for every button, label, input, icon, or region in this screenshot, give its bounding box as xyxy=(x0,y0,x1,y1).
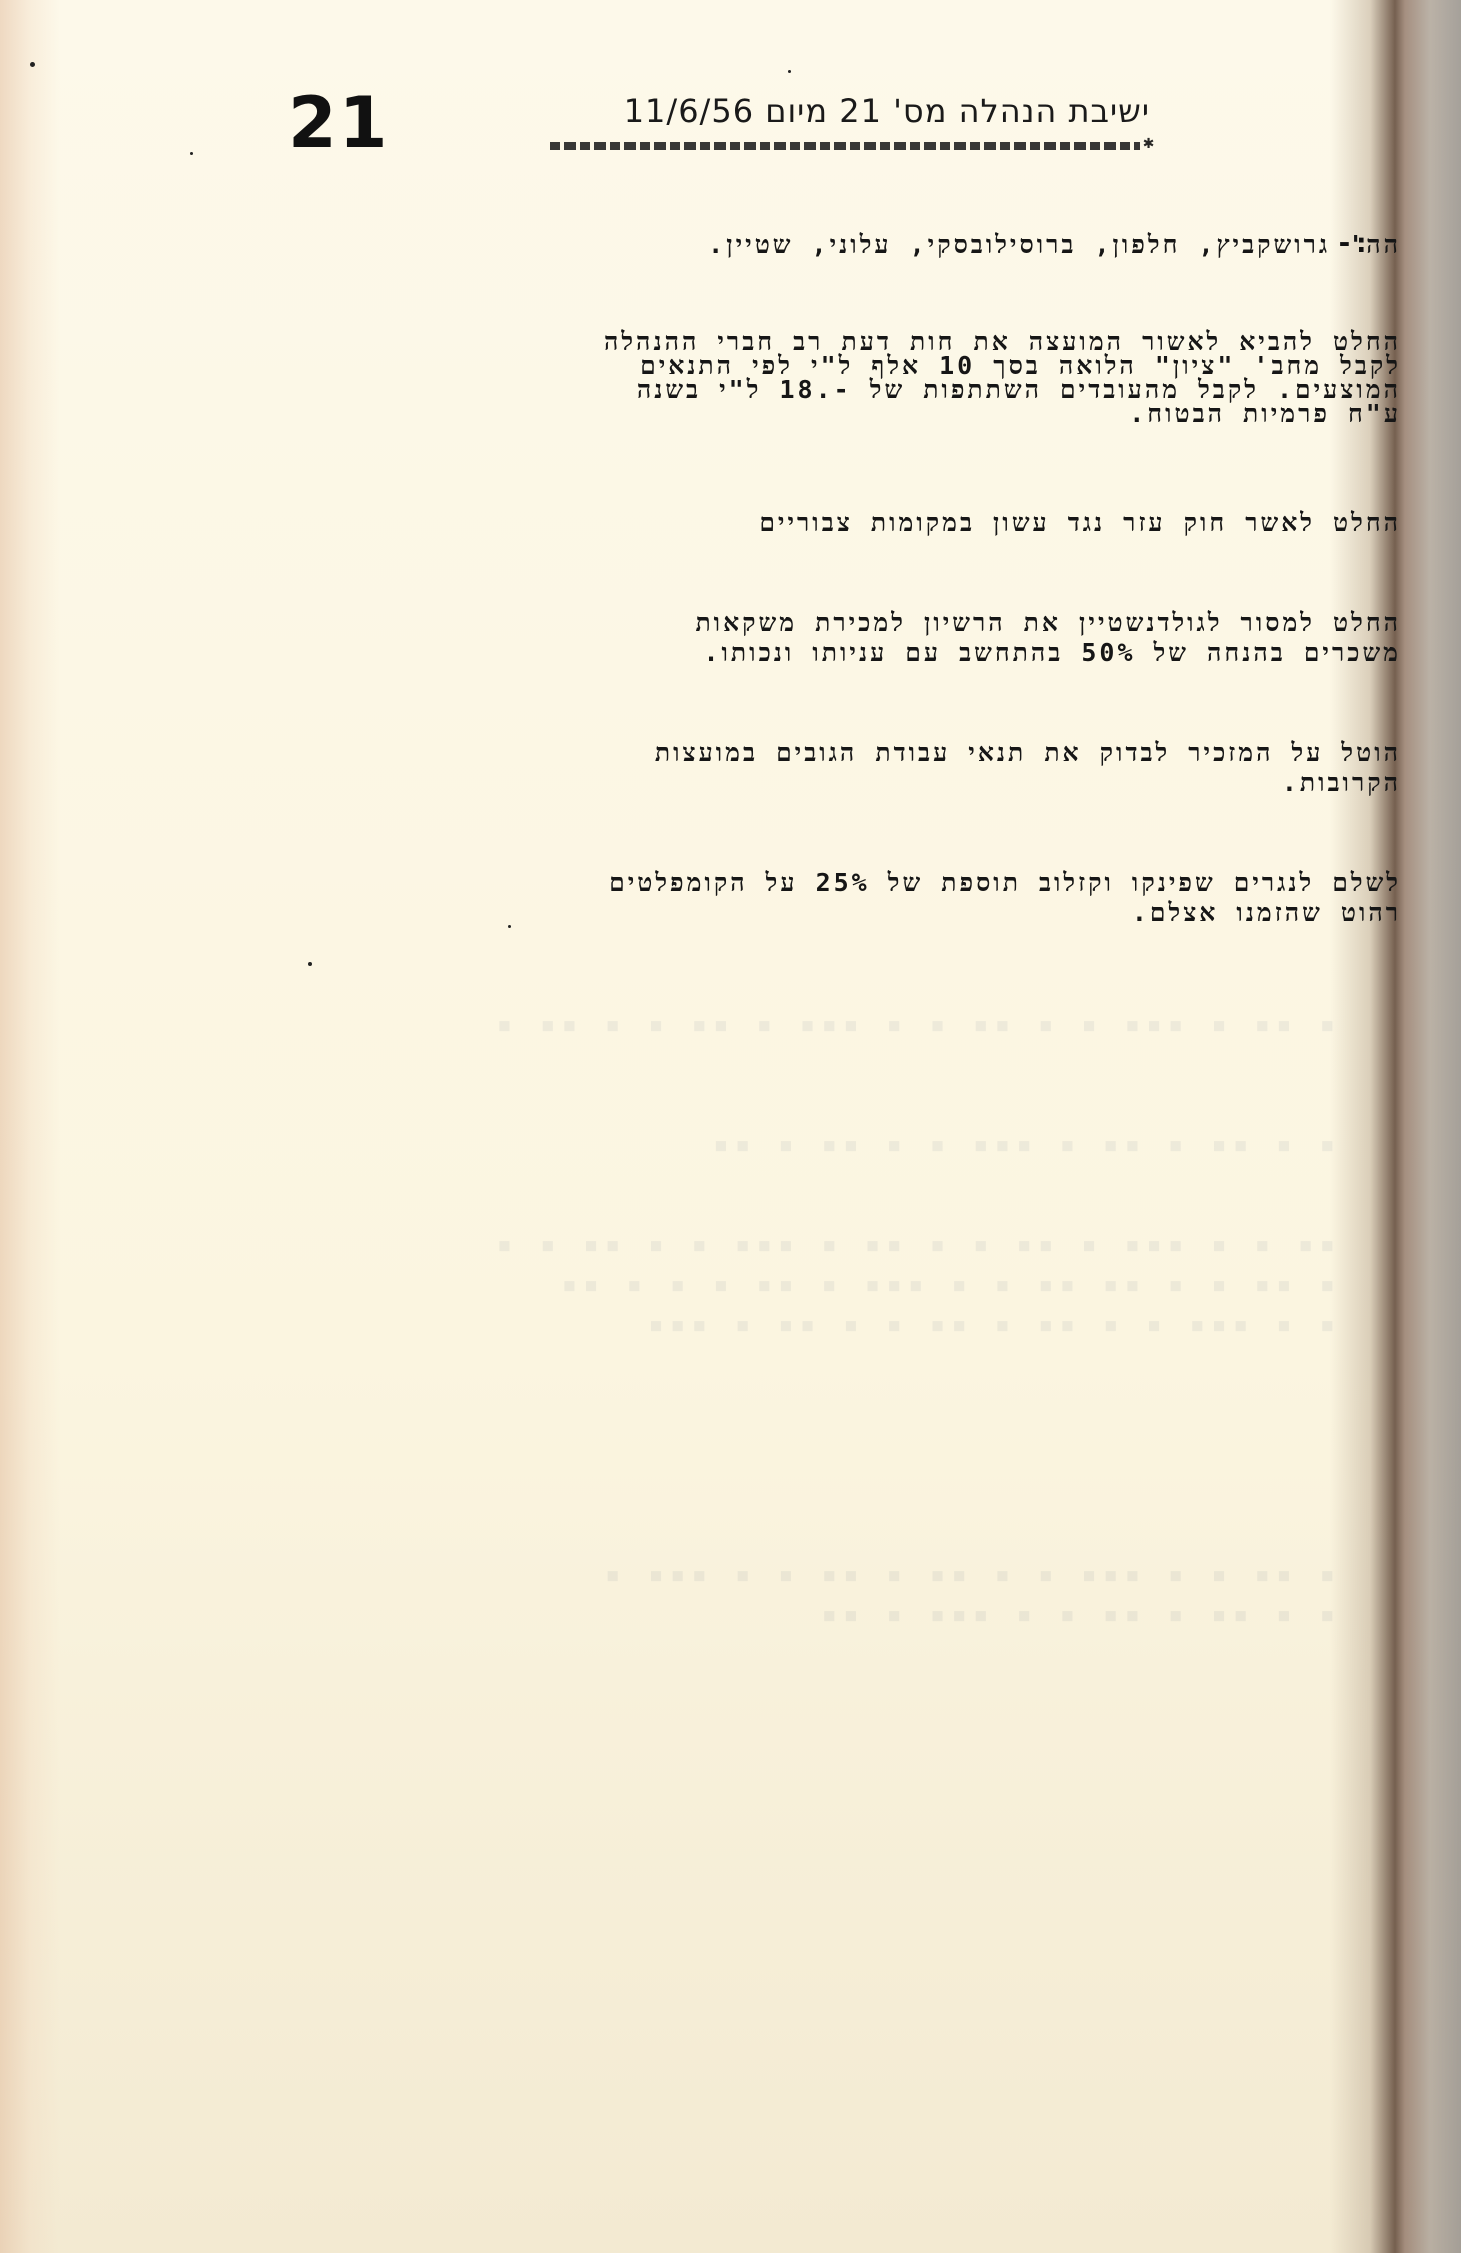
title-underline xyxy=(550,142,1140,150)
decision-item: החלט למסור לגולדנשטיין את הרשיון למכירת … xyxy=(695,608,1401,668)
decision-line: משכרים בהנחה של 50% בהתחשב עם עניותו ונכ… xyxy=(695,638,1401,668)
bleed-through-text: ▪ ▪▪ ▪ ▪ ▪▪ ▪▪ ▪ ▪ ▪▪▪ ▪ ▪▪ ▪ ▪ ▪ ▪▪ xyxy=(300,1270,1341,1300)
bleed-through-text: ▪ ▪▪ ▪ ▪▪▪ ▪ ▪ ▪▪ ▪ ▪ ▪▪▪ ▪ ▪▪ ▪ ▪ ▪▪ ▪ xyxy=(300,1010,1341,1040)
decision-line: החלט למסור לגולדנשטיין את הרשיון למכירת … xyxy=(695,608,1401,638)
page-number: 21 xyxy=(288,82,389,164)
bleed-through-text: ▪▪ ▪ ▪ ▪▪▪ ▪ ▪▪ ▪ ▪ ▪▪ ▪ ▪▪▪ ▪ ▪ ▪▪ ▪ ▪ xyxy=(300,1230,1341,1260)
paper-speck xyxy=(190,152,193,155)
paper-speck xyxy=(308,962,312,966)
decision-item: החלט לאשר חוק עזר נגד עשון במקומות צבורי… xyxy=(759,508,1401,538)
bleed-through-text: ▪ ▪ ▪▪▪ ▪ ▪ ▪▪ ▪ ▪▪ ▪ ▪ ▪▪ ▪ ▪▪▪ xyxy=(300,1310,1341,1340)
paper-speck xyxy=(30,62,35,67)
decision-item: הוטל על המזכיר לבדוק את תנאי עבודת הגובי… xyxy=(655,738,1401,798)
paper-speck xyxy=(788,70,791,73)
paper-speck xyxy=(508,925,511,928)
decision-line: הוטל על המזכיר לבדוק את תנאי עבודת הגובי… xyxy=(655,738,1401,768)
decision-line: לשלם לנגרים שפינקו וקזלוב תוספת של 25% ע… xyxy=(609,868,1401,898)
bleed-through-text: ▪ ▪▪ ▪ ▪ ▪▪▪ ▪ ▪ ▪▪ ▪ ▪▪ ▪ ▪ ▪▪▪ ▪ xyxy=(300,1560,1341,1590)
scanned-page: ▪ ▪▪ ▪ ▪▪▪ ▪ ▪ ▪▪ ▪ ▪ ▪▪▪ ▪ ▪▪ ▪ ▪ ▪▪ ▪ … xyxy=(0,0,1461,2253)
decision-line: החלט לאשר חוק עזר נגד עשון במקומות צבורי… xyxy=(759,508,1401,538)
bleed-through-text: ▪ ▪ ▪▪ ▪ ▪▪ ▪ ▪ ▪▪▪ ▪ ▪▪ xyxy=(300,1600,1341,1630)
document-title: ישיבת הנהלה מס' 21 מיום 11/6/56 xyxy=(550,92,1150,130)
decision-item: החלט להביא לאשור המועצה את חות דעת רב חב… xyxy=(604,330,1401,426)
decision-item: לשלם לנגרים שפינקו וקזלוב תוספת של 25% ע… xyxy=(609,868,1401,928)
decision-line: ע"ח פרמיות הבטוח. xyxy=(604,402,1401,426)
decision-line: הקרובות. xyxy=(655,768,1401,798)
decision-line: רהוט שהזמנו אצלם. xyxy=(609,898,1401,928)
bleed-through-text: ▪ ▪ ▪▪ ▪ ▪▪ ▪ ▪▪▪ ▪ ▪ ▪▪ ▪ ▪▪ xyxy=(300,1130,1341,1160)
attendees-list: הה' גרושקביץ, חלפון, ברוסילובסקי, עלוני,… xyxy=(708,230,1401,260)
